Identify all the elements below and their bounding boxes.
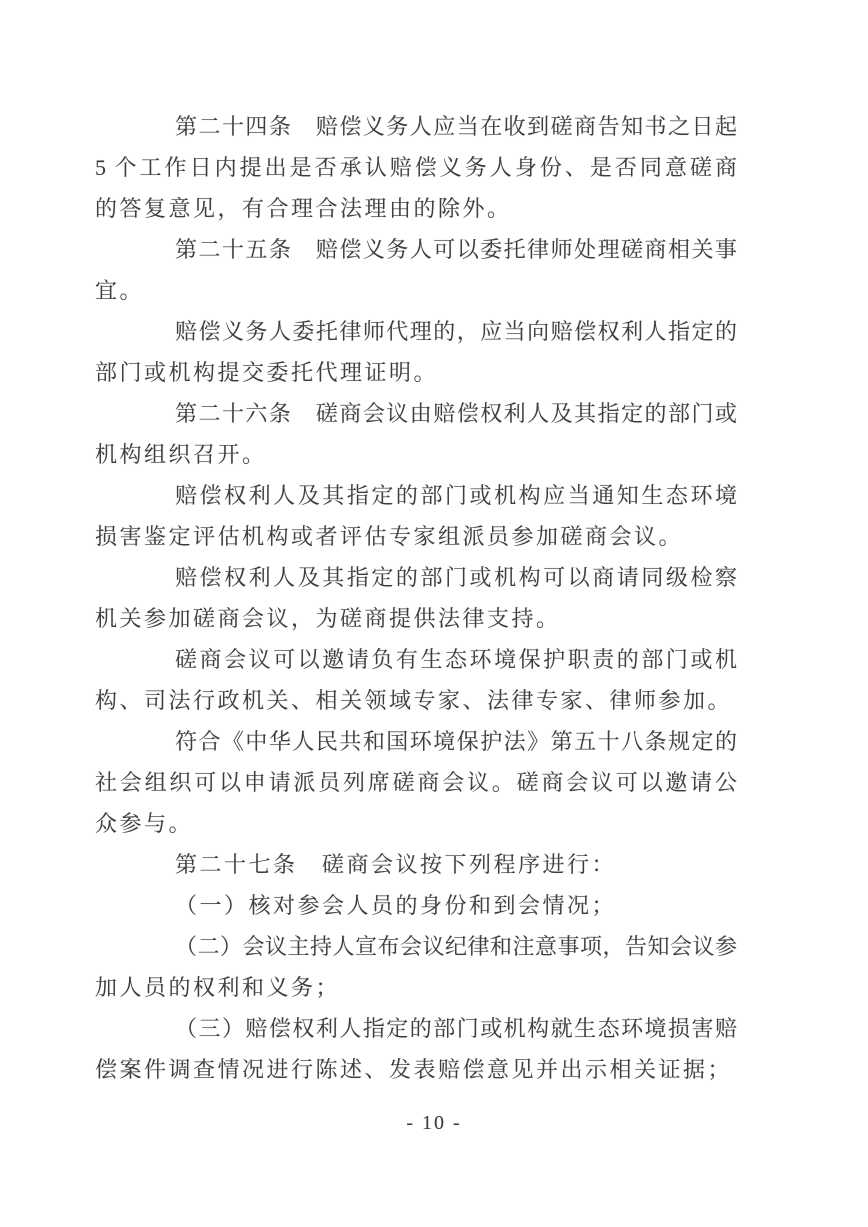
text-line: （三）赔偿权利人指定的部门或机构就生态环境损害赔 (95, 1008, 737, 1049)
text-line: 第二十七条 磋商会议按下列程序进行： (95, 844, 737, 885)
article-26-para-3: 赔偿权利人及其指定的部门或机构可以商请同级检察机关参加磋商会议，为磋商提供法律支… (95, 557, 737, 639)
text-line: 磋商会议可以邀请负有生态环境保护职责的部门或机 (95, 639, 737, 680)
text-line: 损害鉴定评估机构或者评估专家组派员参加磋商会议。 (95, 516, 737, 557)
article-26-para-5: 符合《中华人民共和国环境保护法》第五十八条规定的社会组织可以申请派员列席磋商会议… (95, 721, 737, 844)
text-line: 机关参加磋商会议，为磋商提供法律支持。 (95, 598, 737, 639)
text-line: 众参与。 (95, 803, 737, 844)
text-line: 赔偿义务人委托律师代理的，应当向赔偿权利人指定的 (95, 311, 737, 352)
text-line: 第二十五条 赔偿义务人可以委托律师处理磋商相关事 (95, 229, 737, 270)
text-line: 符合《中华人民共和国环境保护法》第五十八条规定的 (95, 721, 737, 762)
article-26-para-4: 磋商会议可以邀请负有生态环境保护职责的部门或机构、司法行政机关、相关领域专家、法… (95, 639, 737, 721)
text-line: （一）核对参会人员的身份和到会情况； (95, 885, 737, 926)
article-24: 第二十四条 赔偿义务人应当在收到磋商告知书之日起5 个工作日内提出是否承认赔偿义… (95, 106, 737, 229)
text-line: 宜。 (95, 270, 737, 311)
page-number: - 10 - (0, 1108, 868, 1138)
article-26: 第二十六条 磋商会议由赔偿权利人及其指定的部门或机构组织召开。 (95, 393, 737, 475)
text-line: 社会组织可以申请派员列席磋商会议。磋商会议可以邀请公 (95, 762, 737, 803)
text-line: 构、司法行政机关、相关领域专家、法律专家、律师参加。 (95, 680, 737, 721)
text-line: 的答复意见，有合理合法理由的除外。 (95, 188, 737, 229)
article-27-item-3: （三）赔偿权利人指定的部门或机构就生态环境损害赔偿案件调查情况进行陈述、发表赔偿… (95, 1008, 737, 1090)
document-page: 第二十四条 赔偿义务人应当在收到磋商告知书之日起5 个工作日内提出是否承认赔偿义… (0, 0, 868, 1227)
text-line: 机构组织召开。 (95, 434, 737, 475)
text-column: 第二十四条 赔偿义务人应当在收到磋商告知书之日起5 个工作日内提出是否承认赔偿义… (95, 106, 737, 1090)
text-line: 偿案件调查情况进行陈述、发表赔偿意见并出示相关证据； (95, 1049, 737, 1090)
text-line: 赔偿权利人及其指定的部门或机构应当通知生态环境 (95, 475, 737, 516)
text-line: （二）会议主持人宣布会议纪律和注意事项，告知会议参 (95, 926, 737, 967)
text-line: 第二十四条 赔偿义务人应当在收到磋商告知书之日起 (95, 106, 737, 147)
article-26-para-2: 赔偿权利人及其指定的部门或机构应当通知生态环境损害鉴定评估机构或者评估专家组派员… (95, 475, 737, 557)
article-25-para-2: 赔偿义务人委托律师代理的，应当向赔偿权利人指定的部门或机构提交委托代理证明。 (95, 311, 737, 393)
text-line: 5 个工作日内提出是否承认赔偿义务人身份、是否同意磋商 (95, 147, 737, 188)
article-27: 第二十七条 磋商会议按下列程序进行： (95, 844, 737, 885)
article-25: 第二十五条 赔偿义务人可以委托律师处理磋商相关事宜。 (95, 229, 737, 311)
text-line: 加人员的权利和义务； (95, 967, 737, 1008)
text-line: 第二十六条 磋商会议由赔偿权利人及其指定的部门或 (95, 393, 737, 434)
text-line: 部门或机构提交委托代理证明。 (95, 352, 737, 393)
article-27-item-1: （一）核对参会人员的身份和到会情况； (95, 885, 737, 926)
text-line: 赔偿权利人及其指定的部门或机构可以商请同级检察 (95, 557, 737, 598)
article-27-item-2: （二）会议主持人宣布会议纪律和注意事项，告知会议参加人员的权利和义务； (95, 926, 737, 1008)
